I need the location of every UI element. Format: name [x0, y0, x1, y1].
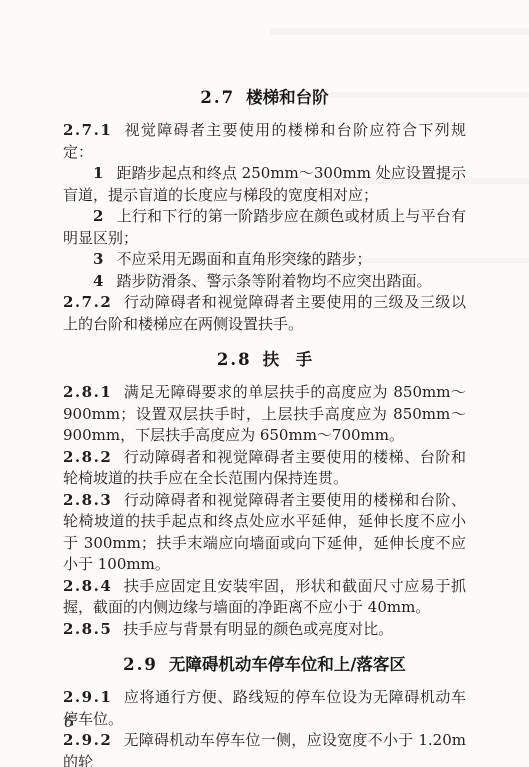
item-text: 不应采用无踢面和直角形突缘的踏步；: [116, 250, 371, 268]
clause-number: 2.7.2: [63, 293, 112, 311]
clause-2-8-5: 2.8.5扶手应与背景有明显的颜色或亮度对比。: [63, 619, 466, 641]
clause-2-8-2: 2.8.2行动障碍者和视觉障碍者主要使用的楼梯、台阶和轮椅坡道的扶手应在全长范围…: [63, 447, 466, 490]
item-number: 3: [93, 250, 103, 268]
section-heading-stairs: 2.7楼梯和台阶: [63, 86, 466, 110]
clause-2-7-2: 2.7.2行动障碍者和视觉障碍者主要使用的三级及三级以上的台阶和楼梯应在两侧设置…: [63, 292, 466, 335]
clause-text: 行动障碍者和视觉障碍者主要使用的楼梯、台阶和轮椅坡道的扶手应在全长范围内保持连贯…: [63, 448, 466, 488]
clause-text: 行动障碍者和视觉障碍者主要使用的三级及三级以上的台阶和楼梯应在两侧设置扶手。: [63, 293, 466, 333]
clause-item-2: 2上行和下行的第一阶踏步应在颜色或材质上与平台有明显区别；: [63, 206, 466, 249]
clause-text: 扶手应与背景有明显的颜色或亮度对比。: [123, 620, 393, 638]
section-number: 2.9: [123, 655, 158, 674]
clause-number: 2.8.5: [63, 620, 112, 638]
section-heading-handrails: 2.8扶 手: [63, 348, 466, 372]
clause-number: 2.8.2: [63, 448, 112, 466]
section-title: 楼梯和台阶: [246, 88, 329, 107]
clause-number: 2.8.4: [63, 577, 112, 595]
section-title: 无障碍机动车停车位和上/落客区: [169, 655, 406, 674]
clause-2-8-1: 2.8.1满足无障碍要求的单层扶手的高度应为 850mm～900mm；设置双层扶…: [63, 382, 466, 447]
item-text: 距踏步起点和终点 250mm～300mm 处应设置提示盲道，提示盲道的长度应与梯…: [63, 164, 466, 204]
clause-text: 扶手应固定且安装牢固，形状和截面尺寸应易于抓握，截面的内侧边缘与墙面的净距离不应…: [63, 577, 466, 617]
item-text: 踏步防滑条、警示条等附着物均不应突出踏面。: [116, 272, 431, 290]
clause-2-7-1: 2.7.1视觉障碍者主要使用的楼梯和台阶应符合下列规定：: [63, 120, 466, 163]
clause-item-4: 4踏步防滑条、警示条等附着物均不应突出踏面。: [63, 271, 466, 293]
clause-text: 无障碍机动车停车位一侧，应设宽度不小于 1.20m 的轮: [63, 731, 466, 767]
clause-number: 2.9.2: [63, 731, 112, 749]
item-number: 4: [93, 272, 103, 290]
clause-text: 应将通行方便、路线短的停车位设为无障碍机动车停车位。: [63, 688, 466, 728]
clause-item-1: 1距踏步起点和终点 250mm～300mm 处应设置提示盲道，提示盲道的长度应与…: [63, 163, 466, 206]
clause-text: 满足无障碍要求的单层扶手的高度应为 850mm～900mm；设置双层扶手时，上层…: [63, 383, 466, 444]
clause-text: 视觉障碍者主要使用的楼梯和台阶应符合下列规定：: [63, 121, 466, 161]
clause-number: 2.8.1: [63, 383, 112, 401]
section-number: 2.7: [200, 88, 235, 107]
item-number: 2: [93, 207, 103, 225]
clause-item-3: 3不应采用无踢面和直角形突缘的踏步；: [63, 249, 466, 271]
scan-artifact: [270, 28, 529, 35]
clause-2-8-4: 2.8.4扶手应固定且安装牢固，形状和截面尺寸应易于抓握，截面的内侧边缘与墙面的…: [63, 576, 466, 619]
clause-2-9-2: 2.9.2无障碍机动车停车位一侧，应设宽度不小于 1.20m 的轮: [63, 730, 466, 767]
clause-2-8-3: 2.8.3行动障碍者和视觉障碍者主要使用的楼梯和台阶、轮椅坡道的扶手起点和终点处…: [63, 490, 466, 576]
section-number: 2.8: [217, 350, 252, 369]
item-number: 1: [93, 164, 103, 182]
clause-number: 2.7.1: [63, 121, 112, 139]
page-number: 6: [64, 713, 74, 731]
page-content: 2.7楼梯和台阶 2.7.1视觉障碍者主要使用的楼梯和台阶应符合下列规定： 1距…: [63, 86, 466, 767]
section-title: 扶 手: [263, 350, 313, 369]
clause-number: 2.9.1: [63, 688, 112, 706]
clause-number: 2.8.3: [63, 491, 112, 509]
clause-text: 行动障碍者和视觉障碍者主要使用的楼梯和台阶、轮椅坡道的扶手起点和终点处应水平延伸…: [63, 491, 466, 574]
document-page: 2.7楼梯和台阶 2.7.1视觉障碍者主要使用的楼梯和台阶应符合下列规定： 1距…: [0, 0, 529, 767]
clause-2-9-1: 2.9.1应将通行方便、路线短的停车位设为无障碍机动车停车位。: [63, 687, 466, 730]
section-heading-parking: 2.9无障碍机动车停车位和上/落客区: [63, 653, 466, 677]
item-text: 上行和下行的第一阶踏步应在颜色或材质上与平台有明显区别；: [63, 207, 466, 247]
